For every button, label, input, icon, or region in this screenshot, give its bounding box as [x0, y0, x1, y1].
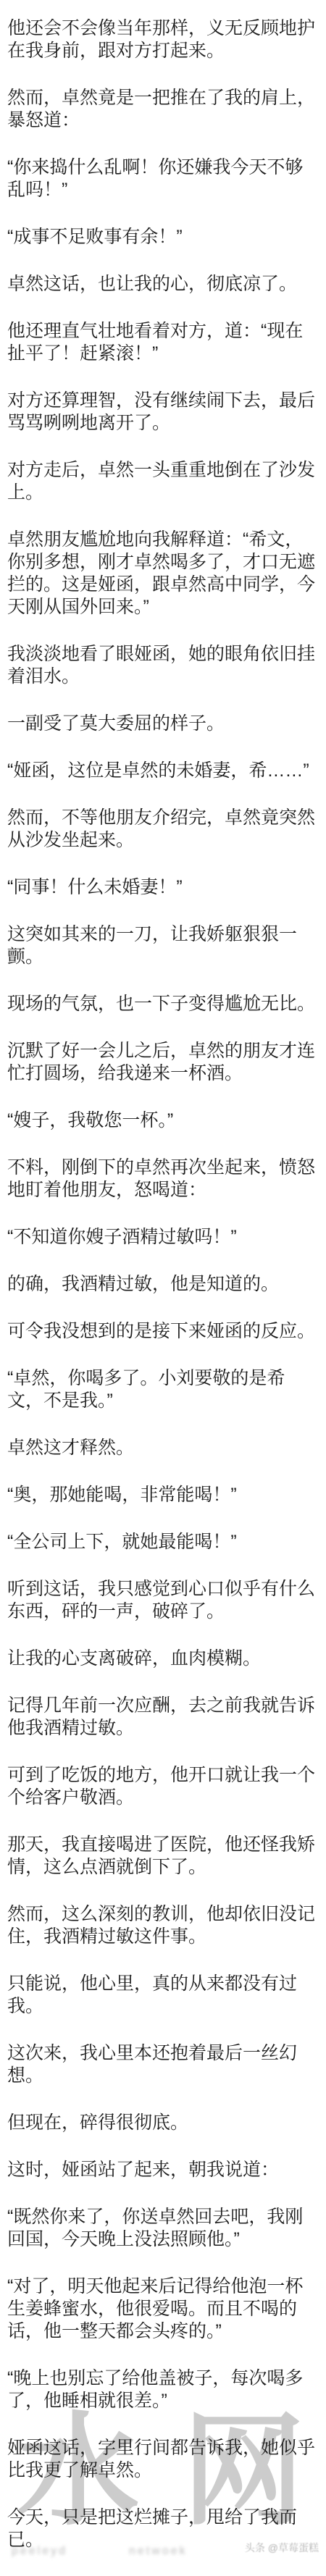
paragraph: “你来捣什么乱啊！你还嫌我今天不够乱吗！” — [7, 156, 317, 201]
paragraph: 卓然朋友尴尬地向我解释道：“希文，你别多想，刚才卓然喝多了，才口无遮拦的。这是娅… — [7, 529, 317, 618]
paragraph: 记得几年前一次应酬，去之前我就告诉他我酒精过敏。 — [7, 1695, 317, 1740]
paragraph: 现场的气氛，也一下子变得尴尬无比。 — [7, 993, 317, 1015]
paragraph: 可到了吃饭的地方，他开口就让我一个个给客户敬酒。 — [7, 1764, 317, 1809]
paragraph: 可令我没想到的是接下来娅函的反应。 — [7, 1320, 317, 1343]
paragraph: “嫂子，我敬您一杯。” — [7, 1109, 317, 1132]
paragraph: “卓然，你喝多了。小刘要敬的是希文，不是我。” — [7, 1367, 317, 1412]
paragraph: 然而，这么深刻的教训，他却依旧没记住，我酒精过敏这件事。 — [7, 1903, 317, 1948]
article-text: 他还会不会像当年那样，义无反顾地护在我身前，跟对方打起来。然而，卓然竟是一把推在… — [0, 0, 326, 2551]
paragraph: “既然你来了，你送卓然回去吧，我刚回国，今天晚上没法照顾他。” — [7, 2206, 317, 2251]
paragraph: “不知道你嫂子酒精过敏吗！” — [7, 1226, 317, 1249]
paragraph: “奥，那她能喝，非常能喝！” — [7, 1484, 317, 1506]
paragraph: 对方走后，卓然一头重重地倒在了沙发上。 — [7, 459, 317, 504]
paragraph: 不料，刚倒下的卓然再次坐起来，愤怒地盯着他朋友，怒喝道： — [7, 1157, 317, 1201]
paragraph: 一副受了莫大委屈的样子。 — [7, 713, 317, 735]
paragraph: 卓然这话，也让我的心，彻底凉了。 — [7, 273, 317, 295]
paragraph: “对了，明天他起来后记得给他泡一杯生姜蜂蜜水，他很爱喝。而且不喝的话，他一整天都… — [7, 2275, 317, 2343]
paragraph: 沉默了好一会儿之后，卓然的朋友才连忙打圆场，给我递来一杯酒。 — [7, 1040, 317, 1085]
paragraph: 然而，不等他朋友介绍完，卓然竟突然从沙发坐起来。 — [7, 807, 317, 852]
paragraph: 我淡淡地看了眼娅函，她的眼角依旧挂着泪水。 — [7, 643, 317, 688]
paragraph: 这时，娅函站了起来，朝我说道： — [7, 2159, 317, 2181]
paragraph: 今天，只是把这烂摊子，甩给了我而已。 — [7, 2506, 317, 2551]
paragraph: 娅函这话，字里行间都告诉我，她似乎比我更了解卓然。 — [7, 2437, 317, 2482]
paragraph: 但现在，碎得很彻底。 — [7, 2112, 317, 2134]
paragraph: 卓然这才释然。 — [7, 1437, 317, 1459]
paragraph: 让我的心支离破碎，血肉模糊。 — [7, 1648, 317, 1670]
paragraph: “娅函，这位是卓然的未婚妻，希……” — [7, 760, 317, 782]
paragraph: 然而，卓然竟是一把推在了我的肩上，暴怒道： — [7, 87, 317, 132]
novel-text-page: 水 网 peeleyd netwoek 头条 @草莓蛋糕 他还会不会像当年那样，… — [0, 0, 326, 2576]
paragraph: “全公司上下，就她最能喝！” — [7, 1531, 317, 1553]
paragraph: “成事不足败事有余！” — [7, 226, 317, 248]
paragraph: “同事！什么未婚妻！” — [7, 876, 317, 899]
paragraph: 听到这话，我只感觉到心口似乎有什么东西，砰的一声，破碎了。 — [7, 1578, 317, 1623]
paragraph: 那天，我直接喝进了医院，他还怪我矫情，这么点酒就倒下了。 — [7, 1834, 317, 1879]
paragraph: 的确，我酒精过敏，他是知道的。 — [7, 1273, 317, 1296]
paragraph: 这突如其来的一刀，让我娇躯狠狠一颤。 — [7, 923, 317, 968]
paragraph: 这次来，我心里本还抱着最后一丝幻想。 — [7, 2042, 317, 2087]
paragraph: 他还会不会像当年那样，义无反顾地护在我身前，跟对方打起来。 — [7, 17, 317, 62]
paragraph: 对方还算理智，没有继续闹下去，最后骂骂咧咧地离开了。 — [7, 390, 317, 435]
paragraph: “晚上也别忘了给他盖被子，每次喝多了，他睡相就很差。” — [7, 2367, 317, 2412]
paragraph: 他还理直气壮地看着对方，道：“现在扯平了！赶紧滚！” — [7, 320, 317, 365]
paragraph: 只能说，他心里，真的从来都没有过我。 — [7, 1973, 317, 2018]
